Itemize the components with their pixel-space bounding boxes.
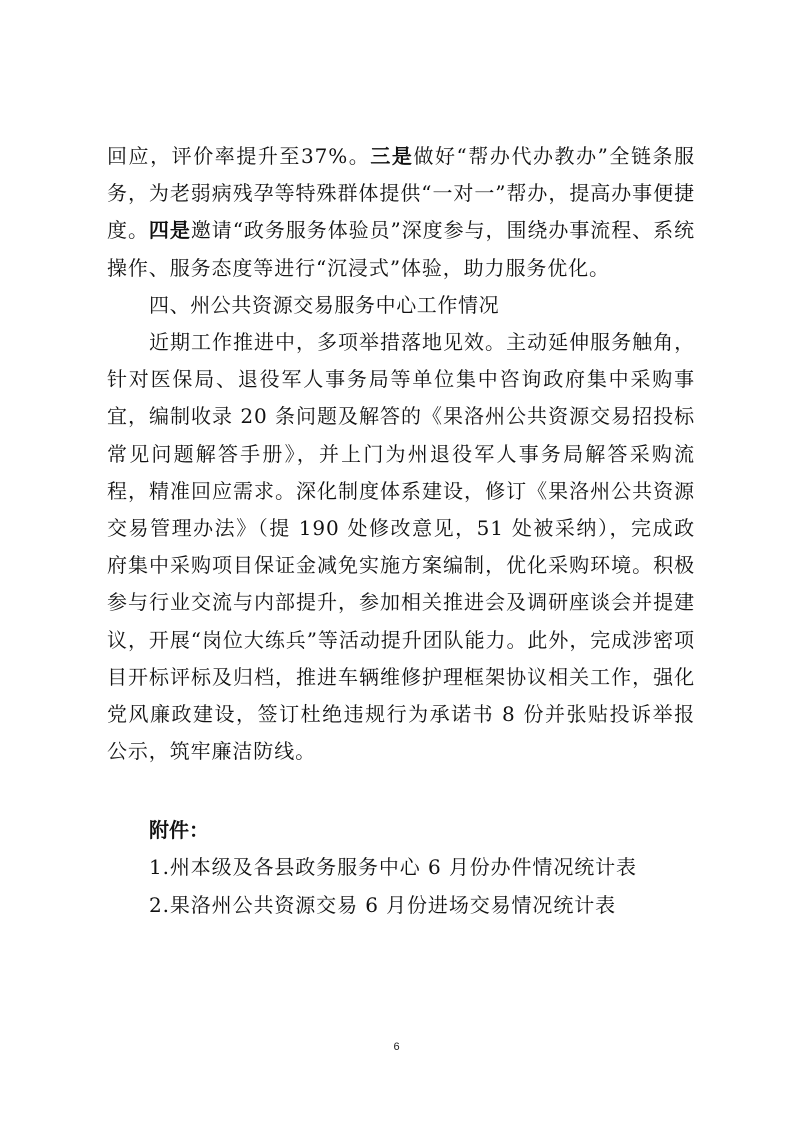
section-paragraph: 近期工作推进中，多项举措落地见效。主动延伸服务触角，针对医保局、退役军人事务局等… <box>107 324 695 770</box>
point-four-lead: 四是 <box>149 218 191 242</box>
point-three-lead: 三是 <box>370 144 413 168</box>
paragraph-text: 回应，评价率提升至37%。 <box>107 144 370 168</box>
document-body: 回应，评价率提升至37%。三是做好“帮办代办教办”全链条服务，为老弱病残孕等特殊… <box>107 138 695 770</box>
attachment-item: 1.州本级及各县政务服务中心 6 月份办件情况统计表 <box>149 849 695 887</box>
attachments: 附件： 1.州本级及各县政务服务中心 6 月份办件情况统计表 2.果洛州公共资源… <box>107 812 695 924</box>
paragraph-text: 邀请“政务服务体验员”深度参与，围绕办事流程、系统操作、服务态度等进行“沉浸式”… <box>107 218 695 279</box>
section-heading: 四、州公共资源交易服务中心工作情况 <box>107 287 695 324</box>
attachment-item: 2.果洛州公共资源交易 6 月份进场交易情况统计表 <box>149 887 695 925</box>
continuation-paragraph: 回应，评价率提升至37%。三是做好“帮办代办教办”全链条服务，为老弱病残孕等特殊… <box>107 138 695 287</box>
page-number: 6 <box>0 1041 793 1053</box>
attachments-title: 附件： <box>149 812 695 849</box>
